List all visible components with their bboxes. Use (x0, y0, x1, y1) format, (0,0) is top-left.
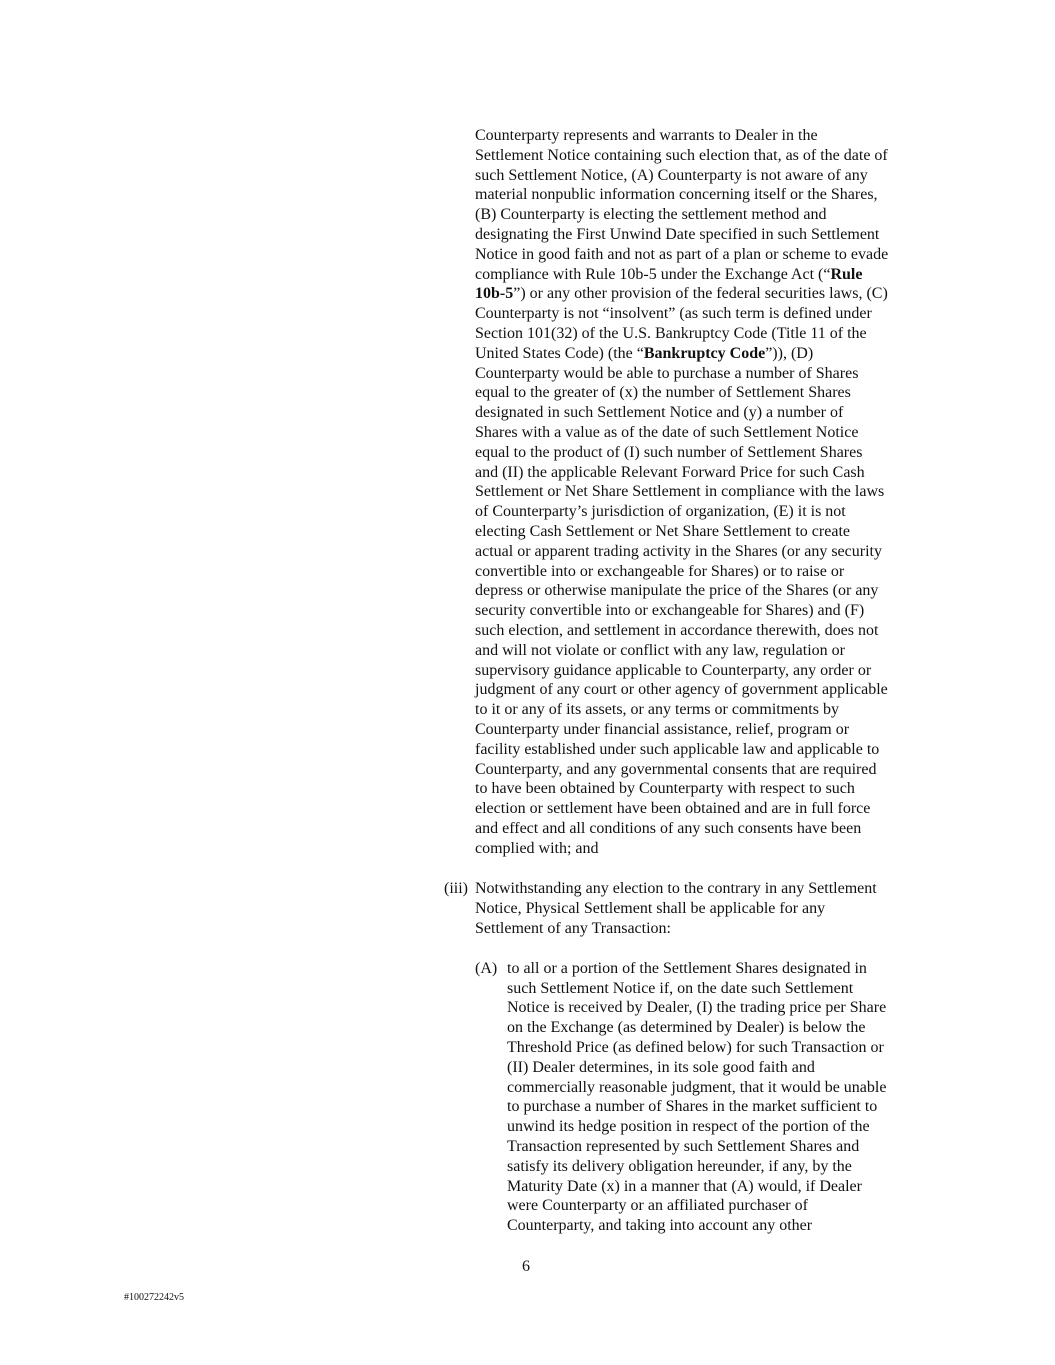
text-line: supervisory guidance applicable to Count… (475, 661, 871, 681)
page-number: 6 (522, 1257, 530, 1277)
text-line: Notice in good faith and not as part of … (475, 245, 888, 265)
text-line: and will not violate or conflict with an… (475, 641, 845, 661)
text-line: actual or apparent trading activity in t… (475, 542, 882, 562)
text-line: and (II) the applicable Relevant Forward… (475, 463, 865, 483)
text-run: compliance with Rule 10b-5 under the Exc… (475, 266, 830, 283)
text-line: Counterparty would be able to purchase a… (475, 364, 858, 384)
text-line: to all or a portion of the Settlement Sh… (507, 959, 867, 979)
text-line: depress or otherwise manipulate the pric… (475, 581, 878, 601)
text-line: and effect and all conditions of any suc… (475, 819, 861, 839)
text-run: ”) or any other provision of the federal… (513, 285, 888, 302)
text-line: Counterparty is not “insolvent” (as such… (475, 304, 872, 324)
text-line: (B) Counterparty is electing the settlem… (475, 205, 826, 225)
text-line: Notice is received by Dealer, (I) the tr… (507, 998, 886, 1018)
text-line: commercially reasonable judgment, that i… (507, 1078, 886, 1098)
text-line: judgment of any court or other agency of… (475, 680, 888, 700)
text-line: Shares with a value as of the date of su… (475, 423, 858, 443)
defined-term-rule-10b5: 10b-5 (475, 285, 513, 302)
text-run: United States Code) (the “ (475, 345, 644, 362)
text-line: on the Exchange (as determined by Dealer… (507, 1018, 866, 1038)
text-line: to have been obtained by Counterparty wi… (475, 779, 855, 799)
text-line: were Counterparty or an affiliated purch… (507, 1196, 808, 1216)
item-a-label: (A) (475, 959, 497, 979)
text-line: United States Code) (the “Bankruptcy Cod… (475, 344, 813, 364)
text-line: Counterparty under financial assistance,… (475, 720, 849, 740)
text-line: electing Cash Settlement or Net Share Se… (475, 522, 850, 542)
text-line: satisfy its delivery obligation hereunde… (507, 1157, 852, 1177)
defined-term-bankruptcy-code: Bankruptcy Code (644, 345, 765, 362)
text-line: complied with; and (475, 839, 599, 859)
document-page: Counterparty represents and warrants to … (0, 0, 1055, 1365)
text-line: to it or any of its assets, or any terms… (475, 700, 839, 720)
text-line: (II) Dealer determines, in its sole good… (507, 1058, 815, 1078)
text-line: Threshold Price (as defined below) for s… (507, 1038, 884, 1058)
text-line: Maturity Date (x) in a manner that (A) w… (507, 1177, 862, 1197)
text-line: election or settlement have been obtaine… (475, 799, 870, 819)
text-line: such Settlement Notice, (A) Counterparty… (475, 166, 868, 186)
text-line: Settlement of any Transaction: (475, 919, 671, 939)
text-line: such election, and settlement in accorda… (475, 621, 878, 641)
text-line: security convertible into or exchangeabl… (475, 601, 864, 621)
document-id: #100272242v5 (124, 1292, 184, 1304)
text-line: Notice, Physical Settlement shall be app… (475, 899, 825, 919)
text-line: facility established under such applicab… (475, 740, 879, 760)
text-line: compliance with Rule 10b-5 under the Exc… (475, 265, 862, 285)
text-line: Transaction represented by such Settleme… (507, 1137, 859, 1157)
text-line: equal to the greater of (x) the number o… (475, 383, 851, 403)
item-iii-label: (iii) (444, 879, 468, 899)
text-line: Settlement Notice containing such electi… (475, 146, 888, 166)
text-line: designating the First Unwind Date specif… (475, 225, 879, 245)
text-line: Settlement or Net Share Settlement in co… (475, 482, 884, 502)
text-line: designated in such Settlement Notice and… (475, 403, 843, 423)
text-line: of Counterparty’s jurisdiction of organi… (475, 502, 846, 522)
defined-term-rule: Rule (830, 266, 862, 283)
text-line: Counterparty represents and warrants to … (475, 126, 818, 146)
text-line: equal to the product of (I) such number … (475, 443, 862, 463)
text-line: convertible into or exchangeable for Sha… (475, 562, 844, 582)
text-line: 10b-5”) or any other provision of the fe… (475, 284, 888, 304)
text-line: such Settlement Notice if, on the date s… (507, 979, 853, 999)
text-run: ”)), (D) (765, 345, 813, 362)
text-line: material nonpublic information concernin… (475, 185, 878, 205)
text-line: Counterparty, and taking into account an… (507, 1216, 812, 1236)
text-line: Section 101(32) of the U.S. Bankruptcy C… (475, 324, 867, 344)
text-line: Counterparty, and any governmental conse… (475, 760, 876, 780)
text-line: Notwithstanding any election to the cont… (475, 879, 877, 899)
text-line: to purchase a number of Shares in the ma… (507, 1097, 877, 1117)
text-line: unwind its hedge position in respect of … (507, 1117, 870, 1137)
